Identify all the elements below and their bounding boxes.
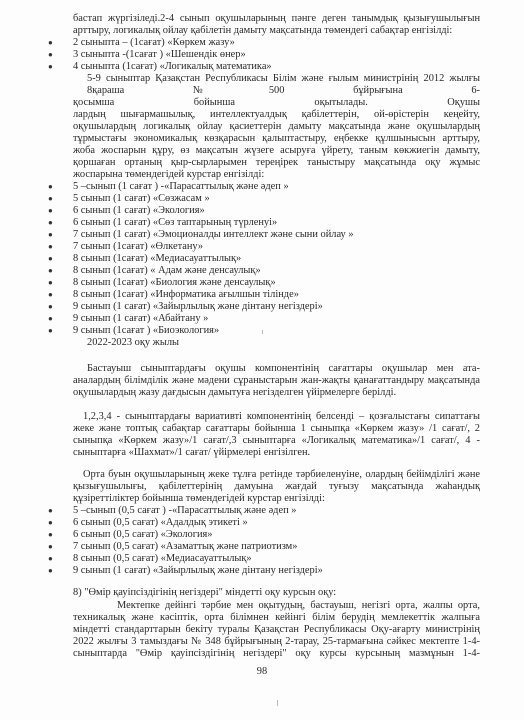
paragraph-line: қоршаған ортаның қыр-сырларымен тереңіре… bbox=[73, 157, 480, 169]
paragraph-line: 8қараша №500 бұйрығына 6- bbox=[87, 85, 480, 97]
bullet-icon: ● bbox=[48, 517, 53, 529]
scan-speck bbox=[262, 330, 263, 334]
document-page: бастап жүргізіледі.2-4 сынып оқушыларыны… bbox=[0, 0, 524, 720]
paragraph-line: оқушылардың логикалық ойлау қасиеттерін … bbox=[73, 121, 480, 133]
paragraph-line: міндетті стандарттарын бекіту туралы Қаз… bbox=[73, 624, 480, 636]
bullet-icon: ● bbox=[48, 529, 53, 541]
list-item: 8 сынып (1сағат) « Адам және денсаулық» bbox=[73, 265, 261, 277]
bullet-icon: ● bbox=[48, 553, 53, 565]
paragraph-line: 5-9 сыныптар Қазақстан Республикасы Білі… bbox=[87, 73, 480, 85]
list-item: 9 сынып (1 сағат) «Зайырлылық және дінта… bbox=[73, 565, 323, 577]
bullet-icon: ● bbox=[48, 301, 53, 313]
list-item: 8 сынып (1сағат) «Биология және денсаулы… bbox=[73, 277, 276, 289]
section-heading: 8) "Өмір қауіпсіздігінің негіздері" мінд… bbox=[73, 587, 480, 599]
bullet-icon: ● bbox=[48, 181, 53, 193]
bullet-icon: ● bbox=[48, 49, 53, 61]
list-item: 3 сыныпта -(1сағат ) «Шешендік өнер» bbox=[73, 49, 246, 61]
list-item: 9 сынып (1сағат ) «Биоэкология» bbox=[73, 325, 219, 337]
list-item: 6 сынып (1 сағат) «Экология» bbox=[73, 205, 205, 217]
bullet-icon: ● bbox=[48, 325, 53, 337]
bullet-icon: ● bbox=[48, 217, 53, 229]
paragraph-line: қосымша бойынша оқытылады. Оқушы bbox=[73, 97, 480, 109]
year-heading: 2022-2023 оқу жылы bbox=[87, 337, 494, 349]
bullet-icon: ● bbox=[48, 313, 53, 325]
paragraph-line: жоспарына төмендегідей курстар енгізілді… bbox=[73, 169, 480, 181]
paragraph-line: Мектепке дейінгі тәрбие мен оқытудың, ба… bbox=[117, 600, 480, 612]
list-item: 9 сынып (1 сағат) «Абайтану » bbox=[73, 313, 208, 325]
paragraph-line: сыныпқа «Көркем жазу»/1 сағат/,3 сыныпта… bbox=[73, 435, 480, 447]
paragraph-line: Орта буын оқушыларының жеке тұлға ретінд… bbox=[83, 469, 480, 481]
bullet-icon: ● bbox=[48, 541, 53, 553]
paragraph-line: 1,2,3,4 - сыныптардағы вариативті компон… bbox=[83, 411, 480, 423]
list-item: 8 сынып (1сағат) «Медиасауаттылық» bbox=[73, 253, 241, 265]
bullet-icon: ● bbox=[48, 505, 53, 517]
paragraph-line: техникалық және кәсіптік, орта білімнен … bbox=[73, 612, 480, 624]
paragraph-line: қызығушылығы, қабілеттерінің дамуына жағ… bbox=[73, 481, 480, 493]
paragraph-line: лардың шығармашылық, интеллектуалдық қаб… bbox=[73, 109, 480, 121]
list-item: 4 сыныпта (1сағат) «Логикалық математика… bbox=[73, 61, 272, 73]
list-item: 6 сынып (1 сағат) «Сөз таптарының түрлен… bbox=[73, 217, 277, 229]
list-item: 5 сынып (1 сағат) «Сөзжасам » bbox=[73, 193, 210, 205]
list-item: 7 сынып (0,5 сағат) «Азаматтық және патр… bbox=[73, 541, 297, 553]
bullet-icon: ● bbox=[48, 61, 53, 73]
intro-line: бастап жүргізіледі.2-4 сынып оқушыларыны… bbox=[73, 13, 480, 25]
paragraph-line: жеке және топтық сабақтар сағаттары бойы… bbox=[73, 423, 480, 435]
list-item: 7 сынып (1сағат) «Өлкетану» bbox=[73, 241, 203, 253]
paragraph-line: аналардың білімділік және мәдени сұраныс… bbox=[73, 375, 480, 387]
paragraph-line: сыныптарға «Шахмат»/1 сағат/ үйірмелері … bbox=[73, 447, 480, 459]
list-item: 8 сынып (1сағат) «Информатика ағылшын ті… bbox=[73, 289, 299, 301]
list-item: 8 сынып (0,5 сағат) «Медиасауаттылық» bbox=[73, 553, 252, 565]
paragraph-line: тұрмыстағы экономикалық көзқарасын қалып… bbox=[73, 133, 480, 145]
page-number: 98 bbox=[0, 666, 524, 677]
list-item: 5 –сынып (1 сағат ) -«Парасаттылық және … bbox=[73, 181, 289, 193]
bullet-icon: ● bbox=[48, 565, 53, 577]
paragraph-line: құзіреттіліктер бойынша төмендегідей кур… bbox=[73, 493, 480, 505]
bullet-icon: ● bbox=[48, 277, 53, 289]
list-item: 5 –сынып (0,5 сағат ) -«Парасаттылық жән… bbox=[73, 505, 296, 517]
paragraph-line: жоба жоспарын құру, өз мақсатын жүзеге а… bbox=[73, 145, 480, 157]
list-item: 6 сынып (0,5 сағат) «Адалдық этикеті » bbox=[73, 517, 248, 529]
scan-speck bbox=[277, 700, 278, 706]
list-item: 6 сынып (0,5 сағат) «Экология» bbox=[73, 529, 213, 541]
paragraph-line: 2022 жылғы 3 тамыздағы № 348 бұйрығының … bbox=[73, 636, 480, 648]
list-item: 2 сыныпта – (1сағат) «Көркем жазу» bbox=[73, 37, 235, 49]
paragraph-line: Бастауыш сыныптардағы оқушы компонентіні… bbox=[87, 363, 480, 375]
bullet-icon: ● bbox=[48, 205, 53, 217]
bullet-icon: ● bbox=[48, 289, 53, 301]
paragraph-line: сыныптарда "Өмір қауіпсіздігінің негізде… bbox=[73, 648, 480, 660]
bullet-icon: ● bbox=[48, 241, 53, 253]
list-item: 7 сынып (1 сағат) «Эмоционалды интеллект… bbox=[73, 229, 354, 241]
intro-line: арттыру, логикалық ойлау қабілетін дамыт… bbox=[73, 25, 480, 37]
paragraph-line: оқушылардың жазу дағдысын дамытуға негіз… bbox=[73, 387, 480, 399]
bullet-icon: ● bbox=[48, 37, 53, 49]
bullet-icon: ● bbox=[48, 193, 53, 205]
list-item: 9 сынып (1 сағат) «Зайырлылық және дінта… bbox=[73, 301, 323, 313]
bullet-icon: ● bbox=[48, 265, 53, 277]
bullet-icon: ● bbox=[48, 229, 53, 241]
bullet-icon: ● bbox=[48, 253, 53, 265]
